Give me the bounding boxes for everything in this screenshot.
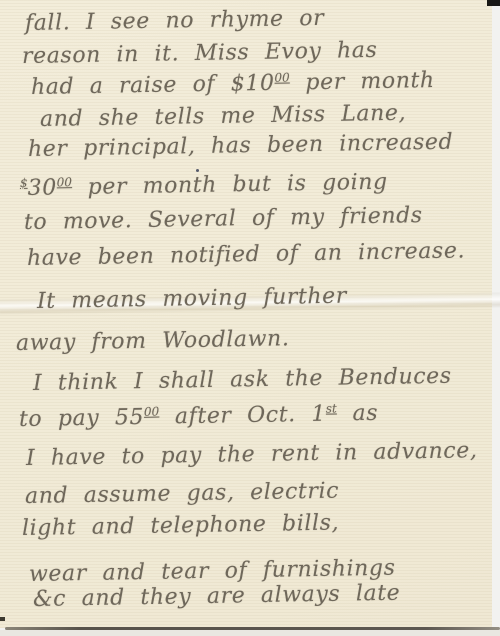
handwriting-line: I think I shall ask the Benduces [33,364,452,397]
handwriting-segment: reason in it. Miss Evoy has [22,38,378,69]
handwriting-line: fall. I see no rhyme or [25,6,325,37]
handwriting-segment: $ [20,170,28,196]
scan-background-right [492,0,500,636]
handwriting-segment: to move. Several of my friends [24,203,423,235]
handwriting-segment: have been notified of an increase. [27,238,465,271]
handwriting-line: to move. Several of my friends [24,203,423,236]
handwriting-segment: st [326,395,337,421]
scan-artifact-top-right [487,0,500,6]
handwriting-segment: her principal, has been increased [28,130,454,162]
handwriting-segment: 00 [274,64,290,90]
handwriting-segment: had a raise of $10 [31,71,275,100]
handwriting-line: I have to pay the rent in advance, [26,438,478,472]
handwriting-line: reason in it. Miss Evoy has [22,38,378,70]
handwriting-segment: 00 [56,169,72,195]
stray-ink-dot [196,169,199,172]
handwriting-segment: as [337,401,379,427]
handwriting-line: light and telephone bills, [22,510,340,542]
handwriting-segment: after Oct. 1 [159,402,326,430]
handwriting-line: &c and they are always late [33,581,401,613]
handwriting-line: to pay 5500 after Oct. 1st as [19,401,379,435]
handwriting-segment: and assume gas, electric [25,479,339,509]
handwriting-line: her principal, has been increased [28,130,454,163]
handwriting-segment: light and telephone bills, [22,510,340,541]
handwriting-segment: I have to pay the rent in advance, [26,438,478,471]
handwriting-segment: to pay 55 [19,405,145,432]
handwriting-line: $3000 per month but is going [20,170,388,204]
handwriting-segment: 00 [144,399,160,425]
handwriting-segment: per month but is going [72,170,388,201]
handwriting-segment: 30 [27,175,57,201]
handwriting-segment: per month [290,68,435,96]
handwriting-line: had a raise of $1000 per month [31,68,435,103]
handwriting-line: have been notified of an increase. [27,238,466,272]
handwriting-segment: fall. I see no rhyme or [25,6,325,36]
handwriting-segment: It means moving further [37,284,347,314]
handwriting-segment: I think I shall ask the Benduces [33,364,452,396]
handwriting-segment: away from Woodlawn. [16,326,290,356]
scan-background-bottom [0,630,500,636]
letter-page: fall. I see no rhyme orreason in it. Mis… [0,0,492,628]
handwriting-segment: &c and they are always late [33,581,401,612]
scanned-letter: fall. I see no rhyme orreason in it. Mis… [0,0,500,636]
handwriting-line: and she tells me Miss Lane, [40,101,407,133]
handwriting-text: fall. I see no rhyme orreason in it. Mis… [0,0,492,628]
scan-artifact-left [0,617,5,621]
handwriting-segment: and she tells me Miss Lane, [40,101,407,132]
handwriting-line: and assume gas, electric [25,479,339,510]
handwriting-line: It means moving further [37,284,347,315]
handwriting-line: away from Woodlawn. [16,326,290,357]
